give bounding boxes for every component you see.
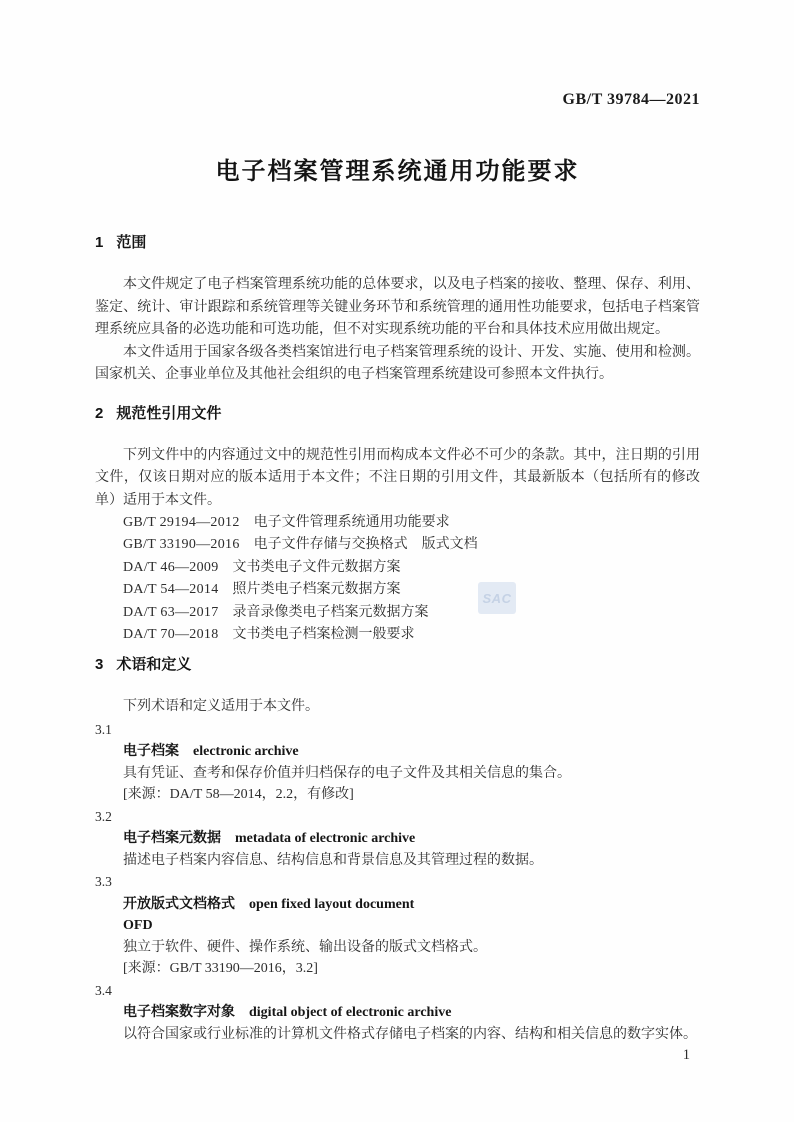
reference-item: DA/T 70—2018文书类电子档案检测一般要求 (123, 624, 700, 646)
term-entry-3-3: 3.3 开放版式文档格式open fixed layout document O… (95, 871, 700, 980)
page-number: 1 (95, 1045, 700, 1065)
reference-title: 照片类电子档案元数据方案 (233, 582, 401, 597)
term-number: 3.1 (95, 719, 700, 741)
term-name-line: 电子档案数字对象digital object of electronic arc… (95, 1001, 700, 1024)
term-definition: 描述电子档案内容信息、结构信息和背景信息及其管理过程的数据。 (95, 850, 700, 872)
term-name-en: open fixed layout document (249, 897, 414, 912)
section-1-heading: 1范围 (95, 233, 700, 252)
term-name-zh: 电子档案数字对象 (123, 1003, 235, 1019)
term-name-zh: 开放版式文档格式 (123, 895, 235, 911)
standard-code: GB/T 39784—2021 (95, 90, 700, 110)
reference-title: 电子文件存储与交换格式 版式文档 (254, 537, 478, 552)
term-definition: 具有凭证、查考和保存价值并归档保存的电子文件及其相关信息的集合。 (95, 763, 700, 785)
term-definition: 以符合国家或行业标准的计算机文件格式存储电子档案的内容、结构和相关信息的数字实体… (95, 1024, 700, 1046)
reference-code: DA/T 63—2017 (123, 605, 219, 620)
section-3-label: 术语和定义 (116, 656, 191, 673)
term-name-zh: 电子档案元数据 (123, 829, 221, 845)
section-normative-references: 2规范性引用文件 下列文件中的内容通过文中的规范性引用而构成本文件必不可少的条款… (95, 404, 700, 647)
term-source: [来源：GB/T 33190—2016，3.2] (95, 958, 700, 980)
reference-code: GB/T 29194—2012 (123, 515, 240, 530)
section-3-heading: 3术语和定义 (95, 655, 700, 674)
term-number: 3.2 (95, 806, 700, 828)
reference-code: GB/T 33190—2016 (123, 537, 240, 552)
term-number: 3.3 (95, 871, 700, 893)
term-abbreviation: OFD (95, 915, 700, 937)
term-name-en: digital object of electronic archive (249, 1005, 451, 1020)
references-intro-paragraph: 下列文件中的内容通过文中的规范性引用而构成本文件必不可少的条款。其中，注日期的引… (95, 445, 700, 513)
section-terms-definitions: 3术语和定义 下列术语和定义适用于本文件。 3.1 电子档案electronic… (95, 655, 700, 1045)
reference-code: DA/T 70—2018 (123, 627, 219, 642)
term-number: 3.4 (95, 980, 700, 1002)
document-title: 电子档案管理系统通用功能要求 (95, 157, 700, 187)
reference-title: 录音录像类电子档案元数据方案 (233, 605, 429, 620)
term-source: [来源：DA/T 58—2014，2.2，有修改] (95, 784, 700, 806)
reference-title: 电子文件管理系统通用功能要求 (254, 515, 450, 530)
reference-item: GB/T 29194—2012电子文件管理系统通用功能要求 (123, 512, 700, 534)
reference-code: DA/T 54—2014 (123, 582, 219, 597)
section-scope: 1范围 本文件规定了电子档案管理系统功能的总体要求，以及电子档案的接收、整理、保… (95, 233, 700, 387)
reference-item: GB/T 33190—2016电子文件存储与交换格式 版式文档 (123, 534, 700, 556)
reference-code: DA/T 46—2009 (123, 560, 219, 575)
scope-paragraph-1: 本文件规定了电子档案管理系统功能的总体要求，以及电子档案的接收、整理、保存、利用… (95, 274, 700, 342)
reference-item: DA/T 54—2014照片类电子档案元数据方案 (123, 579, 700, 601)
term-name-en: electronic archive (193, 744, 299, 759)
term-name-line: 电子档案元数据metadata of electronic archive (95, 827, 700, 850)
section-2-number: 2 (95, 405, 103, 422)
reference-item: DA/T 46—2009文书类电子文件元数据方案 (123, 557, 700, 579)
term-entry-3-1: 3.1 电子档案electronic archive 具有凭证、查考和保存价值并… (95, 719, 700, 806)
reference-title: 文书类电子档案检测一般要求 (233, 627, 415, 642)
terms-list: 3.1 电子档案electronic archive 具有凭证、查考和保存价值并… (95, 719, 700, 1046)
section-1-label: 范围 (116, 234, 146, 251)
term-name-line: 开放版式文档格式open fixed layout document (95, 893, 700, 916)
terms-intro-paragraph: 下列术语和定义适用于本文件。 (95, 696, 700, 719)
reference-title: 文书类电子文件元数据方案 (233, 560, 401, 575)
term-name-line: 电子档案electronic archive (95, 740, 700, 763)
section-2-label: 规范性引用文件 (116, 405, 221, 422)
reference-list: GB/T 29194—2012电子文件管理系统通用功能要求 GB/T 33190… (95, 512, 700, 646)
term-definition: 独立于软件、硬件、操作系统、输出设备的版式文档格式。 (95, 937, 700, 959)
section-1-number: 1 (95, 234, 103, 251)
term-entry-3-2: 3.2 电子档案元数据metadata of electronic archiv… (95, 806, 700, 872)
term-name-en: metadata of electronic archive (235, 831, 415, 846)
reference-item: DA/T 63—2017录音录像类电子档案元数据方案 (123, 602, 700, 624)
section-3-number: 3 (95, 656, 103, 673)
term-name-zh: 电子档案 (123, 742, 179, 758)
scope-paragraph-2: 本文件适用于国家各级各类档案馆进行电子档案管理系统的设计、开发、实施、使用和检测… (95, 342, 700, 387)
term-entry-3-4: 3.4 电子档案数字对象digital object of electronic… (95, 980, 700, 1046)
section-2-heading: 2规范性引用文件 (95, 404, 700, 423)
document-page: GB/T 39784—2021 电子档案管理系统通用功能要求 1范围 本文件规定… (0, 0, 794, 1122)
